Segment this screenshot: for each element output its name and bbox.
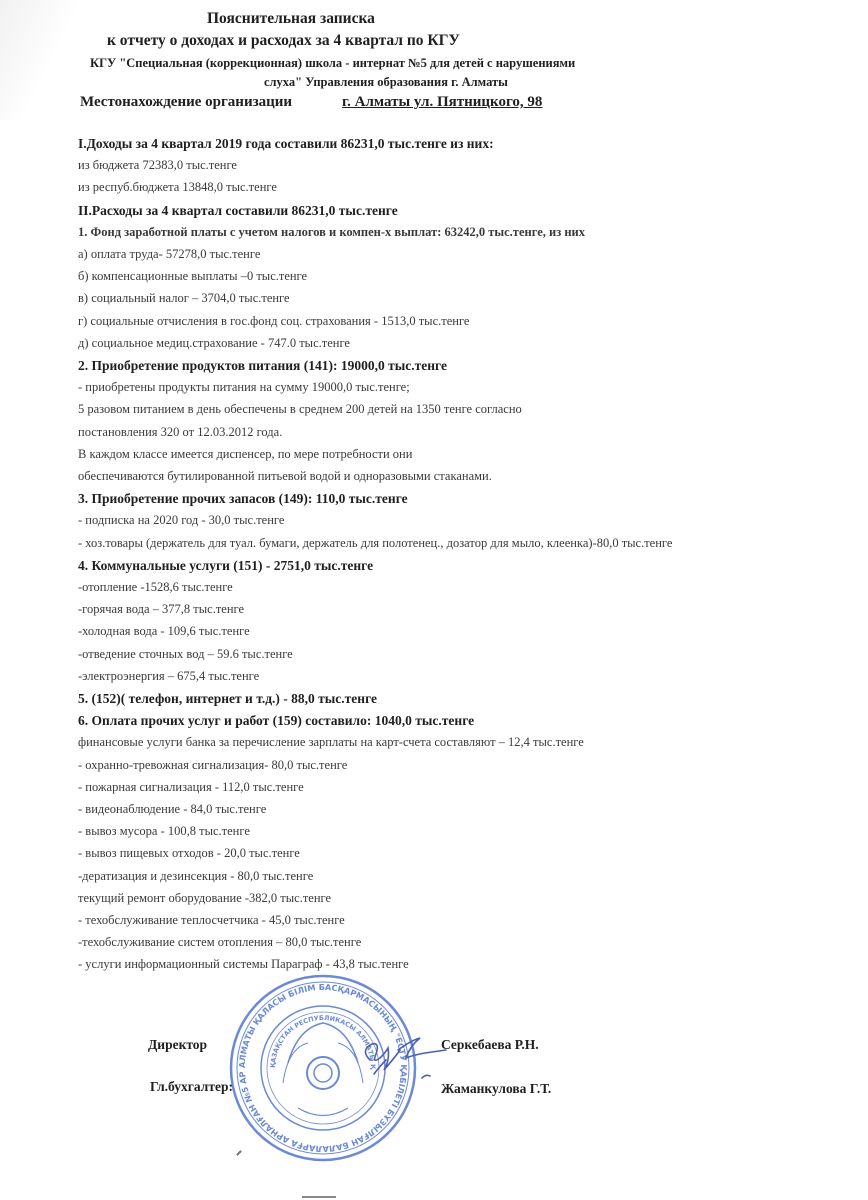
section-line: - охранно-тревожная сигнализация- 80,0 т… [78, 758, 347, 773]
section-line: -техобслуживание систем отопления – 80,0… [78, 935, 361, 950]
location-value: г. Алматы ул. Пятницкого, 98 [342, 94, 542, 111]
section-line: - пожарная сигнализация - 112,0 тыс.тенг… [78, 780, 304, 795]
scan-edge-mark [302, 1196, 336, 1198]
section-heading: 5. (152)( телефон, интернет и т.д.) - 88… [78, 691, 377, 707]
section-line: текущий ремонт оборудование -382,0 тыс.т… [78, 891, 331, 906]
section-line: -электроэнергия – 675,4 тыс.тенге [78, 669, 259, 684]
section-line: - подписка на 2020 год - 30,0 тыс.тенге [78, 513, 284, 528]
section-line: - вывоз пищевых отходов - 20,0 тыс.тенге [78, 846, 300, 861]
section-line: - приобретены продукты питания на сумму … [78, 380, 410, 395]
section-line: - вывоз мусора - 100,8 тыс.тенге [78, 824, 250, 839]
accountant-label: Гл.бухгалтер: [150, 1079, 233, 1095]
section-line: г) социальные отчисления в гос.фонд соц.… [78, 314, 469, 329]
section-line: - видеонаблюдение - 84,0 тыс.тенге [78, 802, 266, 817]
section-line: -холодная вода - 109,6 тыс.тенге [78, 624, 250, 639]
document-subtitle: к отчету о доходах и расходах за 4 кварт… [107, 32, 460, 50]
section-line: - техобслуживание теплосчетчика - 45,0 т… [78, 913, 345, 928]
section-line: финансовые услуги банка за перечисление … [78, 735, 584, 750]
section-line: а) оплата труда- 57278,0 тыс.тенге [78, 247, 260, 262]
section-line: -горячая вода – 377,8 тыс.тенге [78, 602, 244, 617]
section-line: - услуги информационный системы Параграф… [78, 957, 409, 972]
section-heading: 6. Оплата прочих услуг и работ (159) сос… [78, 713, 474, 729]
section-line: постановления 320 от 12.03.2012 года. [78, 425, 282, 440]
section-heading: 4. Коммунальные услуги (151) - 2751,0 ты… [78, 558, 373, 574]
director-signature-icon [350, 1030, 450, 1090]
section-line: -дератизация и дезинсекция - 80,0 тыс.те… [78, 869, 313, 884]
section-line: обеспечиваются бутилированной питьевой в… [78, 469, 492, 484]
org-name-line1: КГУ "Специальная (коррекционная) школа -… [90, 56, 575, 71]
org-name-line2: слуха" Управления образования г. Алматы [264, 75, 508, 90]
section-line: - хоз.товары (держатель для туал. бумаги… [78, 536, 672, 551]
document-title: Пояснительная записка [207, 10, 375, 28]
income-line: из респуб.бюджета 13848,0 тыс.тенге [78, 180, 277, 195]
expenses-heading: II.Расходы за 4 квартал составили 86231,… [78, 203, 398, 219]
accountant-name: Жаманкулова Г.Т. [441, 1081, 551, 1097]
section-line: д) социальное медиц.страхование - 747.0 … [78, 336, 350, 351]
director-name: Серкебаева Р.Н. [441, 1037, 539, 1053]
section-line: -отопление -1528,6 тыс.тенге [78, 580, 233, 595]
income-line: из бюджета 72383,0 тыс.тенге [78, 158, 237, 173]
section-line: б) компенсационные выплаты –0 тыс.тенге [78, 269, 307, 284]
document-page: Пояснительная записка к отчету о доходах… [0, 0, 868, 1200]
section-line: -отведение сточных вод – 59.6 тыс.тенге [78, 647, 293, 662]
scan-corner-fold [0, 0, 80, 120]
section-line: В каждом классе имеется диспенсер, по ме… [78, 447, 412, 462]
section-line: в) социальный налог – 3704,0 тыс.тенге [78, 291, 290, 306]
section-heading: 1. Фонд заработной платы с учетом налого… [78, 225, 585, 240]
section-heading: 2. Приобретение продуктов питания (141):… [78, 358, 447, 374]
director-label: Директор [148, 1037, 207, 1053]
section-heading: 3. Приобретение прочих запасов (149): 11… [78, 491, 408, 507]
location-label: Местонахождение организации [80, 94, 292, 111]
section-line: 5 разовом питанием в день обеспечены в с… [78, 402, 522, 417]
income-heading: I.Доходы за 4 квартал 2019 года составил… [78, 136, 494, 152]
